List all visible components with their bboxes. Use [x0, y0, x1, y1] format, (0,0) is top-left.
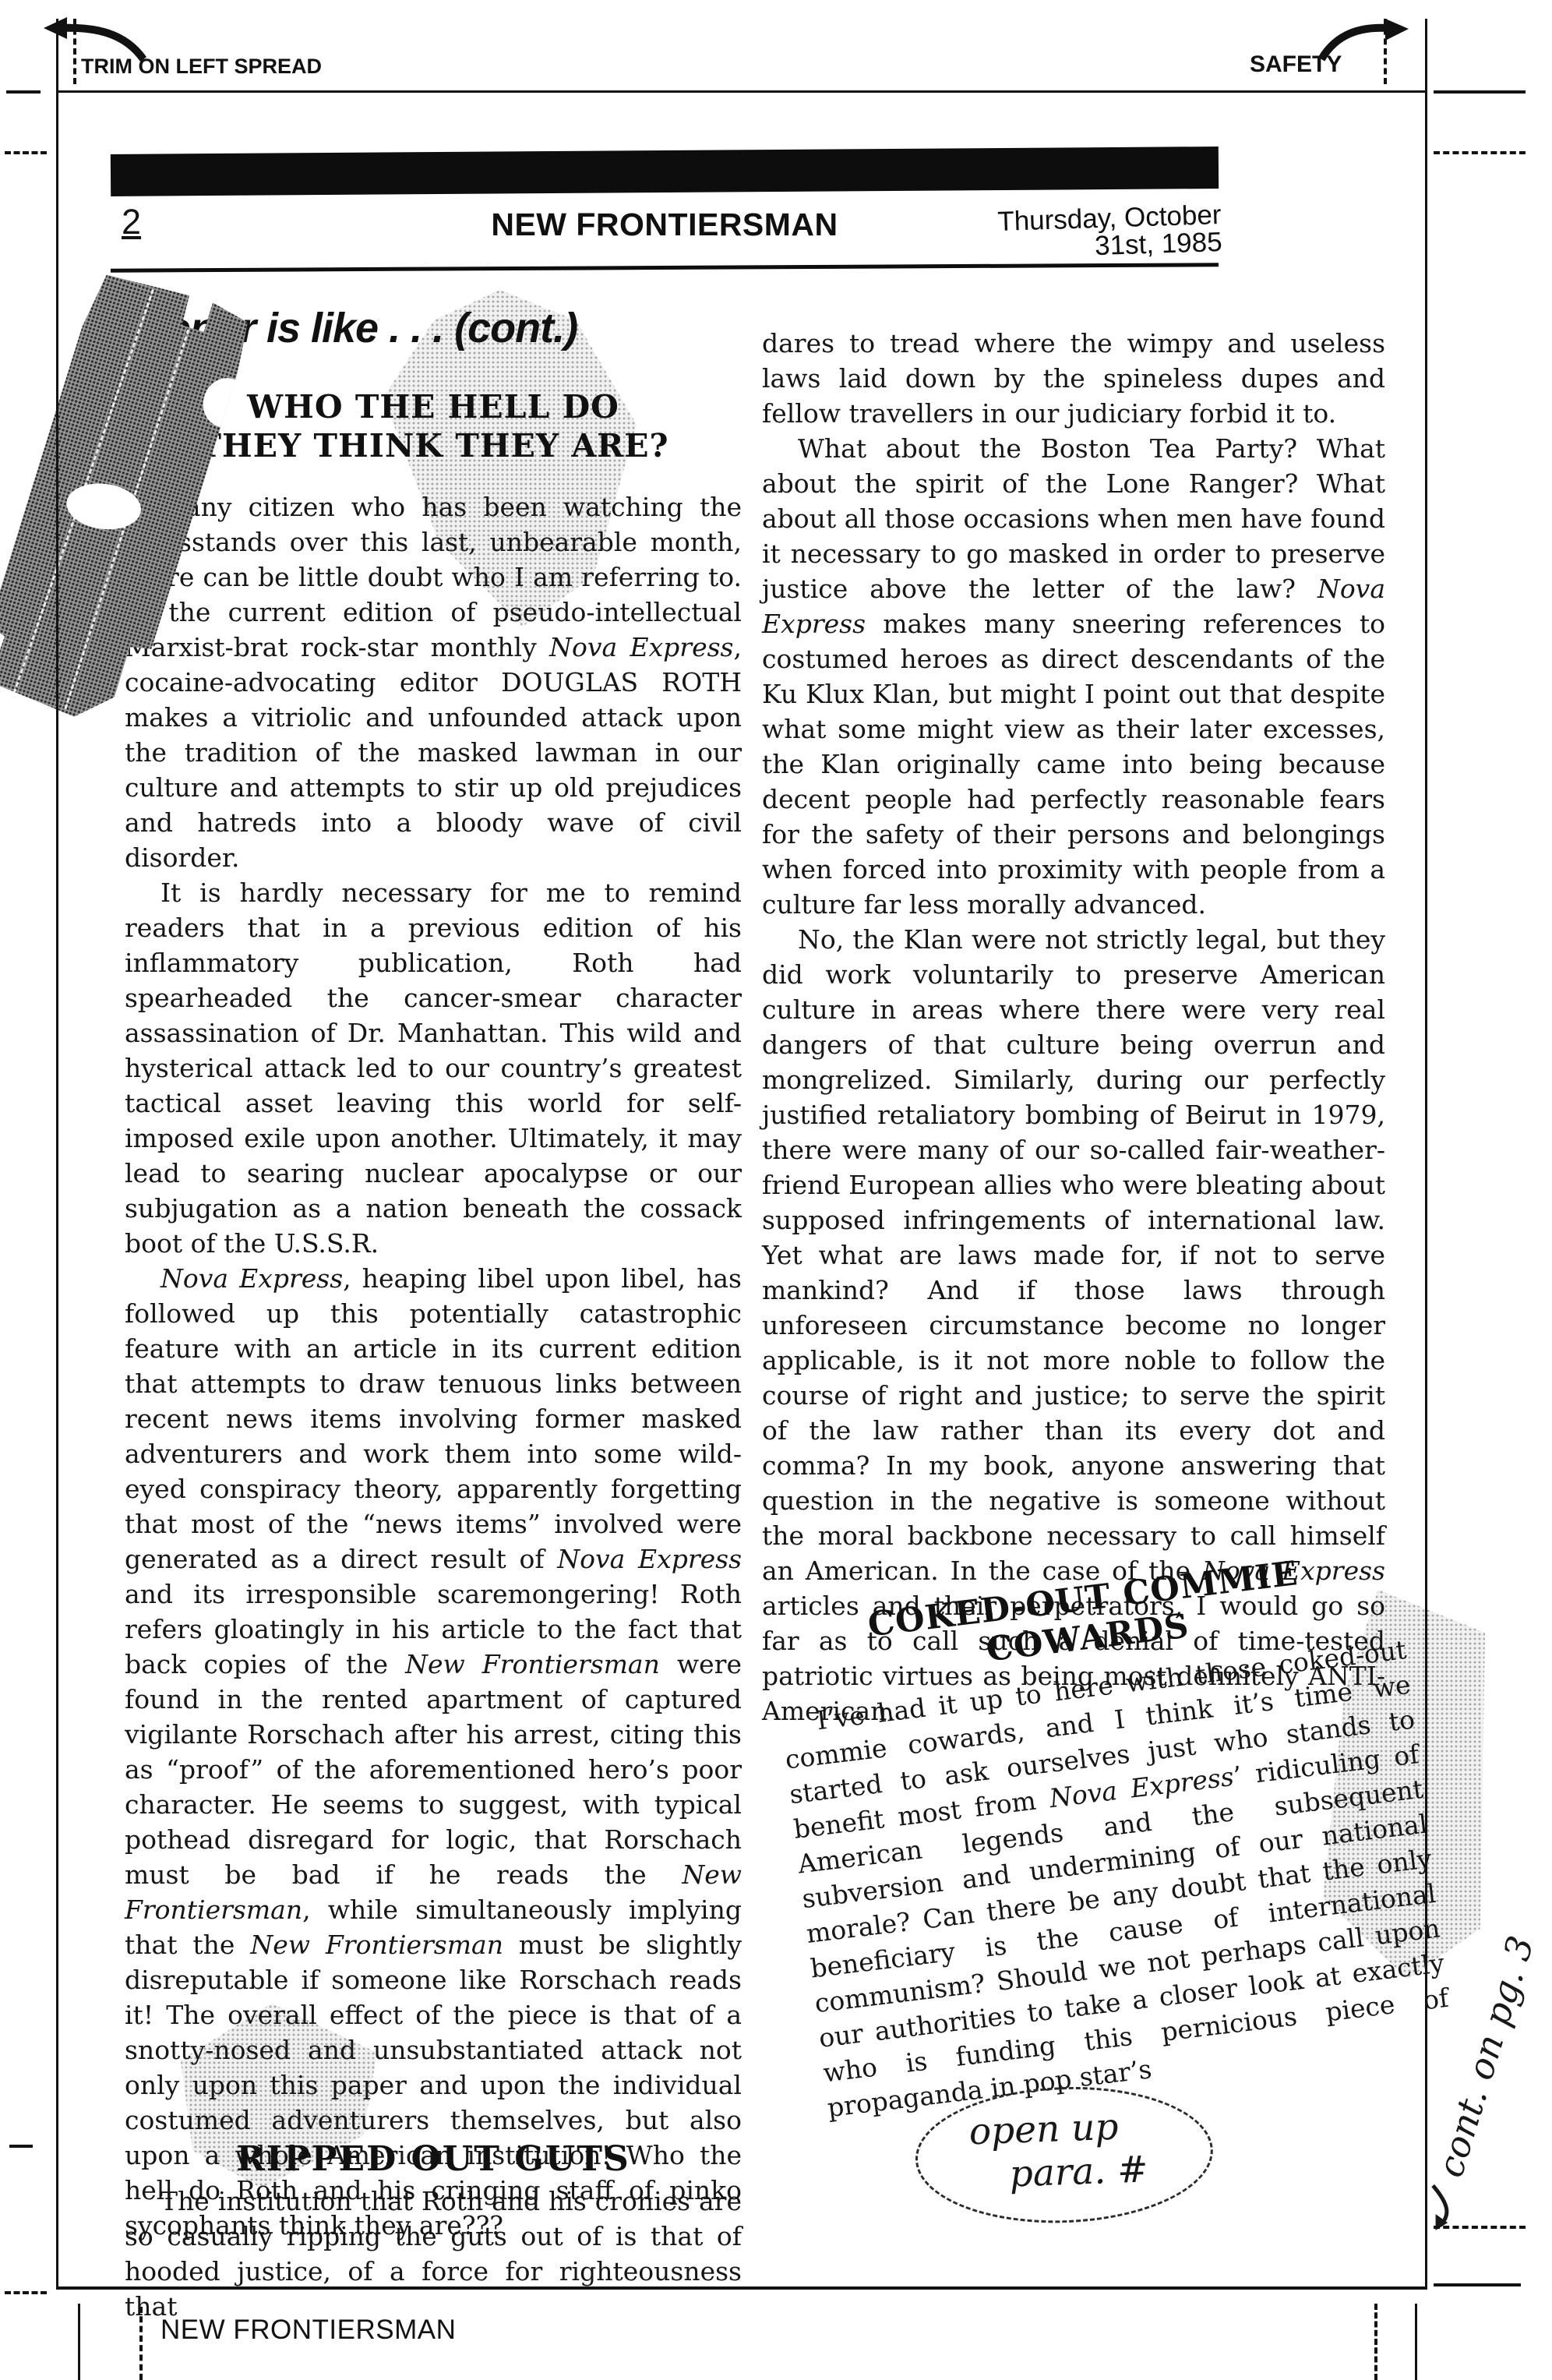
blade-seam: [13, 289, 154, 694]
crop-mark: [1434, 2283, 1521, 2286]
section-heading-ripped-out-guts: RIPPED OUT GUTS: [125, 2139, 742, 2179]
crop-mark: [73, 19, 76, 84]
subhead-line: WHO THE HELL DO: [247, 388, 619, 426]
subhead-line: THEY THINK THEY ARE?: [197, 427, 668, 464]
article-paragraph: It is hardly necessary for me to remind …: [125, 875, 742, 1261]
crop-mark: [1434, 90, 1526, 94]
crop-mark: [9, 2145, 33, 2148]
page-border-right: [1425, 19, 1427, 2288]
article-paragraph: What about the Boston Tea Party? What ab…: [762, 431, 1385, 922]
article-body: dares to tread where the wimpy and usele…: [762, 326, 1385, 1729]
crop-mark: [1374, 2304, 1377, 2380]
crop-mark: [5, 2291, 47, 2294]
page-border-bottom: [56, 2286, 1427, 2290]
crop-mark: [1434, 151, 1526, 154]
article-paragraph: I’ve had it up to here with those coked-…: [779, 1632, 1455, 2125]
crop-mark: [139, 2307, 143, 2380]
newspaper-page: TRIM ON LEFT SPREAD SAFETY 2 NEW FRONTIE…: [0, 0, 1552, 2380]
trim-label: TRIM ON LEFT SPREAD: [81, 55, 322, 79]
article-tilted-section: COKED-OUT COMMIE COWARDS I’ve had it up …: [768, 1542, 1455, 2125]
masthead-bar: [111, 147, 1219, 196]
editor-note-line: open up: [968, 2106, 1120, 2154]
article-body: For any citizen who has been watching th…: [125, 489, 742, 2243]
crop-mark: [1384, 19, 1387, 84]
crop-mark: [78, 2304, 80, 2380]
editor-note: open up para. #: [913, 2074, 1222, 2240]
safety-label: SAFETY: [1250, 51, 1342, 78]
crop-mark: [1415, 2304, 1417, 2380]
crop-mark: [6, 90, 41, 94]
continuation-note-text: cont. on pg. 3: [1429, 1931, 1542, 2182]
article-left-column: Honor is like . . . (cont.) WHO THE HELL…: [125, 304, 742, 2299]
article-paragraph: For any citizen who has been watching th…: [125, 489, 742, 875]
editor-note-line: para. #: [1009, 2148, 1149, 2195]
masthead-date: Thursday, October 31st, 1985: [931, 201, 1222, 265]
masthead-rule: [111, 263, 1219, 272]
article-paragraph: The institution that Roth and his cronie…: [125, 2184, 742, 2324]
article-paragraph: dares to tread where the wimpy and usele…: [762, 326, 1385, 431]
article-body: The institution that Roth and his cronie…: [125, 2184, 742, 2324]
crop-mark: [1434, 2226, 1526, 2229]
article-paragraph: Nova Express, heaping libel upon libel, …: [125, 1261, 742, 2243]
crop-mark: [5, 151, 47, 154]
page-border-left: [56, 19, 58, 2288]
page-border-top: [56, 90, 1427, 93]
